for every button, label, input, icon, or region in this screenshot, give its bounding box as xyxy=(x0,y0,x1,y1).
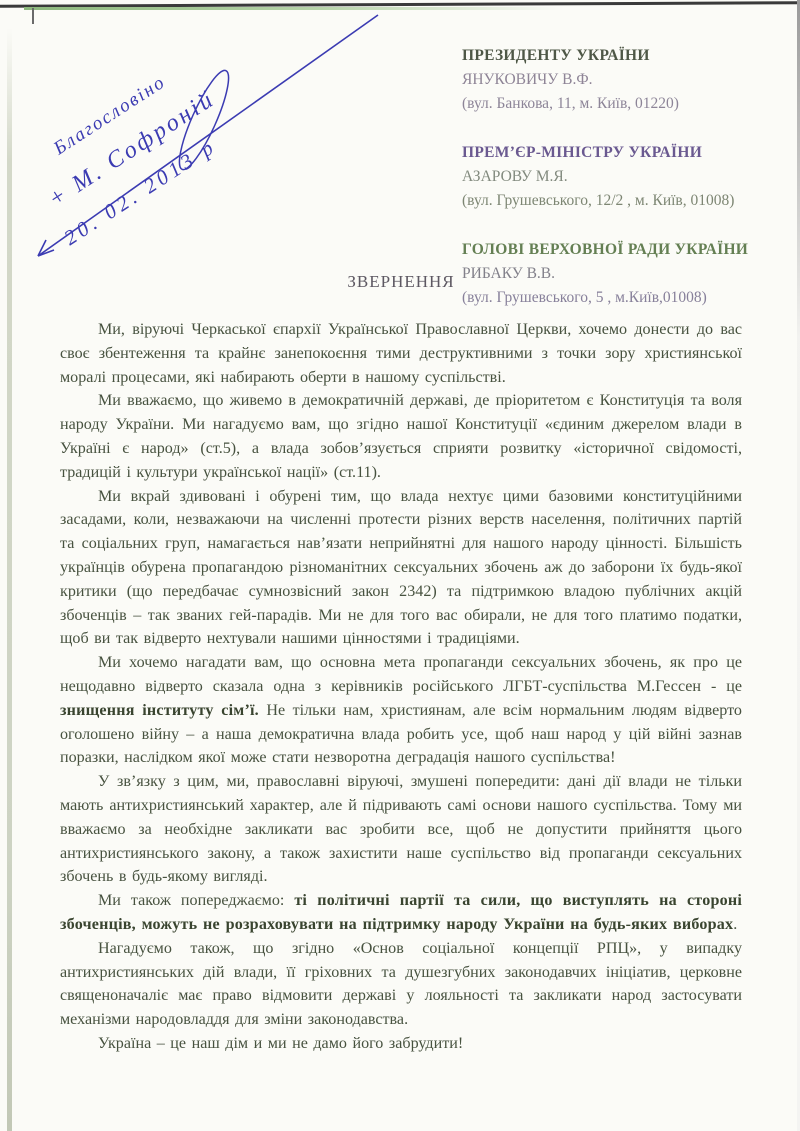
paragraph-run: У зв’язку з цим, ми, православні віруючі… xyxy=(60,773,742,885)
paragraph: Ми вкрай здивовані і обурені тим, що вла… xyxy=(60,485,742,652)
recipient-name: АЗАРОВУ М.Я. xyxy=(462,165,762,189)
paragraph: Ми, віруючі Черкаської єпархії Українськ… xyxy=(60,318,742,389)
paragraph-bold-run: знищення інституту сім’ї. xyxy=(60,702,259,719)
paragraph: Ми хочемо нагадати вам, що основна мета … xyxy=(60,651,742,770)
scanned-letter-page: Благословіно + М. Софроній 20. 02. 2013 … xyxy=(0,0,800,1131)
paragraph: Ми вважаємо, що живемо в демократичній д… xyxy=(60,389,742,484)
paragraph-run: Ми вкрай здивовані і обурені тим, що вла… xyxy=(60,488,742,648)
recipient-title: ПРЕМ’ЄР-МІНІСТРУ УКРАЇНИ xyxy=(462,141,762,165)
recipient-title: ГОЛОВІ ВЕРХОВНОЇ РАДИ УКРАЇНИ xyxy=(462,238,762,262)
paragraph-run: Україна – це наш дім и ми не дамо його з… xyxy=(98,1035,463,1052)
body-paragraphs: Ми, віруючі Черкаської єпархії Українськ… xyxy=(60,318,742,1056)
paragraph: У зв’язку з цим, ми, православні віруючі… xyxy=(60,770,742,889)
recipient-title: ПРЕЗИДЕНТУ УКРАЇНИ xyxy=(462,44,762,68)
paragraph: Нагадуємо також, що згідно «Основ соціал… xyxy=(60,937,742,1032)
paragraph-run: Нагадуємо також, що згідно «Основ соціал… xyxy=(60,940,742,1028)
letter-main: ЗВЕРНЕННЯ Ми, віруючі Черкаської єпархії… xyxy=(60,272,742,1056)
paragraph-run: Ми вважаємо, що живемо в демократичній д… xyxy=(60,392,742,480)
paragraph-run: Ми, віруючі Черкаської єпархії Українськ… xyxy=(60,321,742,386)
recipient-group: ПРЕМ’ЄР-МІНІСТРУ УКРАЇНИ АЗАРОВУ М.Я. (в… xyxy=(462,141,762,213)
paragraph-run: . xyxy=(733,916,737,933)
recipient-name: ЯНУКОВИЧУ В.Ф. xyxy=(462,68,762,92)
paragraph-run: Ми хочемо нагадати вам, що основна мета … xyxy=(60,654,742,695)
paragraph: Україна – це наш дім и ми не дамо його з… xyxy=(60,1032,742,1056)
recipient-group: ПРЕЗИДЕНТУ УКРАЇНИ ЯНУКОВИЧУ В.Ф. (вул. … xyxy=(462,44,762,116)
recipient-address: (вул. Грушевського, 12/2 , м. Київ, 0100… xyxy=(462,189,762,213)
recipient-address: (вул. Банкова, 11, м. Київ, 01220) xyxy=(462,92,762,116)
paragraph: Ми також попереджаємо: ті політичні парт… xyxy=(60,889,742,937)
document-title: ЗВЕРНЕННЯ xyxy=(60,272,742,292)
paragraph-run: Ми також попереджаємо: xyxy=(98,892,294,909)
